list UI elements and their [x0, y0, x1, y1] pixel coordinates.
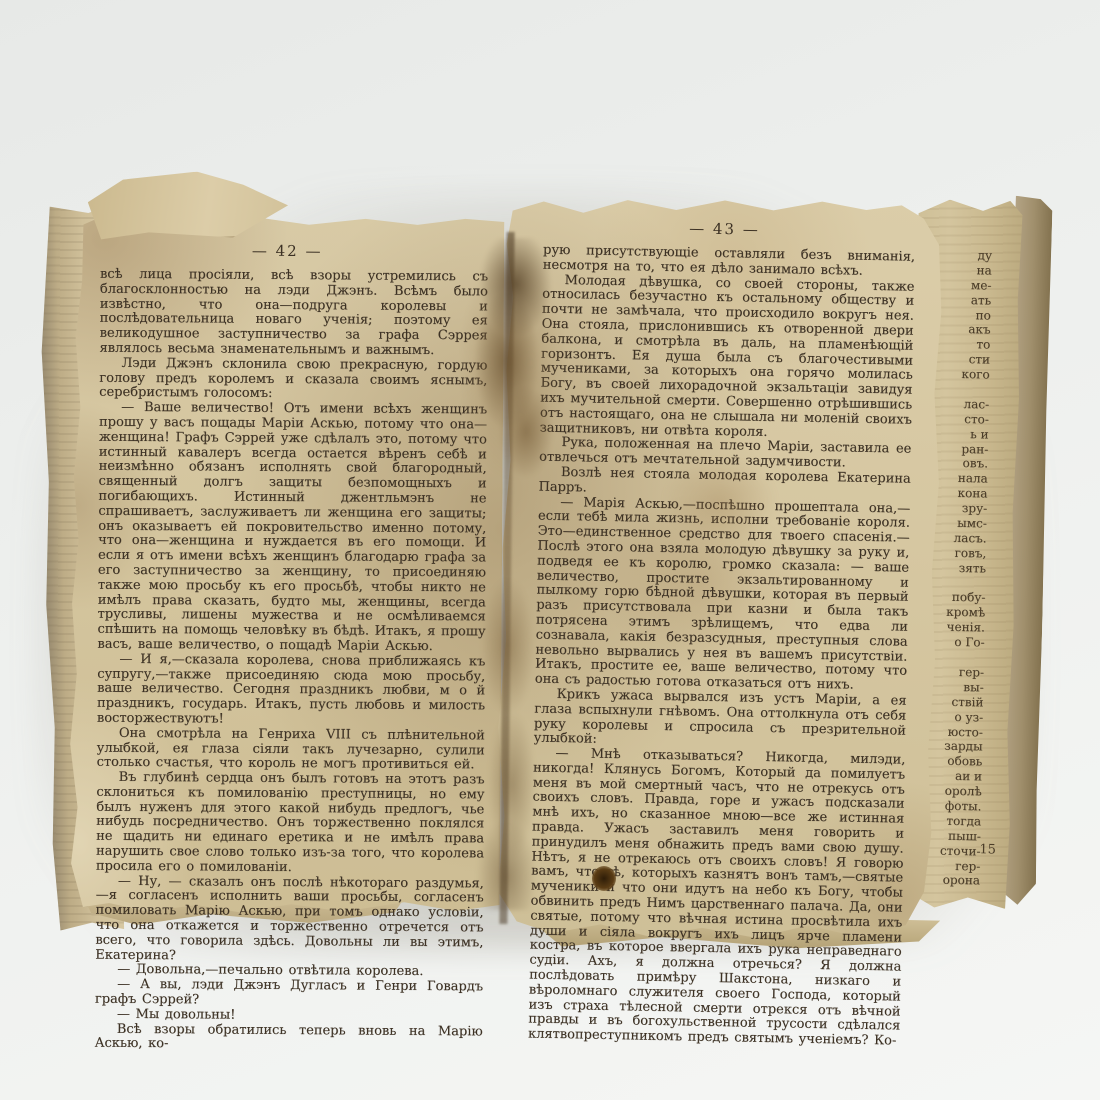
stain-blotch [640, 440, 800, 560]
photo-background: дунаме-атьпоакътостикоголас-сто-ь иран-о… [0, 0, 1100, 1100]
paragraph: — И я,—сказала королева, снова приближая… [97, 652, 486, 729]
page-42: — 42 — всѣ лица просіяли, всѣ взоры устр… [66, 210, 505, 915]
paragraph: Молодая дѣвушка, со своей стороны, также… [540, 273, 915, 443]
paragraph: Крикъ ужаса вырвался изъ устъ Маріи, а е… [534, 687, 907, 753]
paragraph: Всѣ взоры обратились теперь вновь на Мар… [95, 1022, 483, 1054]
paragraph: — Мнѣ отказываться? Никогда, милэди, ник… [528, 747, 906, 1050]
page-42-content: — 42 — всѣ лица просіяли, всѣ взоры устр… [66, 210, 505, 915]
page-42-text: всѣ лица просіяли, всѣ взоры устремились… [95, 268, 488, 1055]
paragraph: — Ну, — сказалъ онъ послѣ нѣкотораго раз… [95, 874, 484, 965]
signature-number: 15 [940, 841, 996, 857]
paragraph: — Ваше величество! Отъ имени всѣхъ женщи… [97, 401, 487, 655]
paragraph: Она смотрѣла на Генриха VIII съ плѣнител… [97, 726, 485, 773]
paragraph: Лэди Джэнъ склонила свою прекрасную, гор… [99, 356, 487, 403]
burn-hole-stain [592, 866, 616, 891]
gutter-stain-bottom [468, 580, 548, 910]
page-43-text: рую присутствующіе оставляли безъ вниман… [528, 244, 915, 1050]
paragraph: всѣ лица просіяли, всѣ взоры устремились… [99, 268, 488, 359]
paragraph: Въ глубинѣ сердца онъ былъ готовъ на это… [96, 771, 485, 877]
gutter-stain-top [448, 238, 578, 493]
paragraph: — А вы, лэди Джэнъ Дугласъ и Генри Говар… [95, 978, 483, 1010]
